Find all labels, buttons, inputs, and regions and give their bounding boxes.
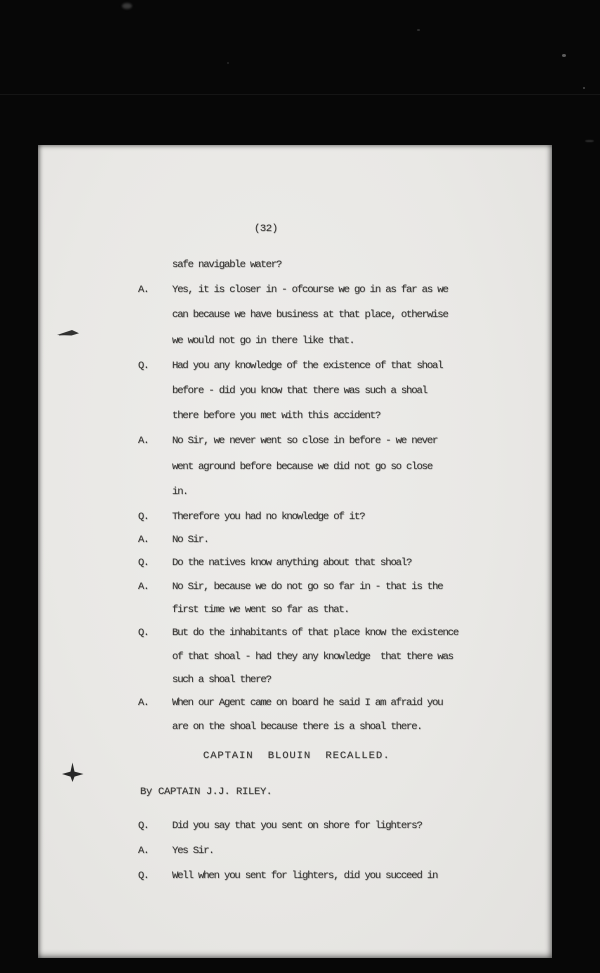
transcript-line: Q. Well when you sent for lighters, did … <box>38 870 552 895</box>
line-text: Yes, it is closer in - ofcourse we go in… <box>172 284 448 296</box>
transcript-line: A. No Sir. <box>38 534 552 557</box>
transcript-line: A. Yes Sir. <box>38 845 552 870</box>
film-seam <box>0 94 600 95</box>
line-text: there before you met with this accident? <box>172 410 380 422</box>
line-text: Yes Sir. <box>172 845 214 857</box>
speaker-label: A. <box>138 581 148 593</box>
speaker-label: Q. <box>138 870 148 882</box>
line-text: Therefore you had no knowledge of it? <box>172 511 364 523</box>
section-heading: CAPTAIN BLOUIN RECALLED. <box>203 750 390 762</box>
transcript-line: went aground before because we did not g… <box>38 461 552 486</box>
line-text: No Sir, because we do not go so far in -… <box>172 581 442 593</box>
examiner-byline: By CAPTAIN J.J. RILEY. <box>140 786 272 798</box>
transcript-line: are on the shoal because there is a shoa… <box>38 721 552 744</box>
qa-transcript-block: safe navigable water? A. Yes, it is clos… <box>38 259 552 744</box>
transcript-line: Q. Had you any knowledge of the existenc… <box>38 360 552 385</box>
line-text: No Sir, we never went so close in before… <box>172 435 437 447</box>
line-text: can because we have business at that pla… <box>172 309 448 321</box>
speaker-label: Q. <box>138 557 148 569</box>
line-text: such a shoal there? <box>172 674 271 686</box>
transcript-line: in. <box>38 486 552 511</box>
speaker-label: Q. <box>138 627 148 639</box>
speaker-label: A. <box>138 284 148 296</box>
film-speck <box>122 3 132 9</box>
speaker-label: A. <box>138 697 148 709</box>
line-text: Had you any knowledge of the existence o… <box>172 360 442 372</box>
margin-star-icon <box>62 762 86 784</box>
transcript-line: we would not go in there like that. <box>38 335 552 360</box>
transcript-line: first time we went so far as that. <box>38 604 552 627</box>
speaker-label: Q. <box>138 820 148 832</box>
film-speck <box>227 62 229 64</box>
transcript-line: there before you met with this accident? <box>38 410 552 435</box>
transcript-line: of that shoal - had they any knowledge t… <box>38 651 552 674</box>
paper-sheet: (32) safe navigable water? A. Yes, it is… <box>38 145 552 958</box>
transcript-line: A. No Sir, because we do not go so far i… <box>38 581 552 604</box>
speaker-label: A. <box>138 435 148 447</box>
speaker-label: Q. <box>138 511 148 523</box>
speaker-label: A. <box>138 845 148 857</box>
transcript-line: A. No Sir, we never went so close in bef… <box>38 435 552 460</box>
film-speck <box>583 87 585 89</box>
line-text: When our Agent came on board he said I a… <box>172 697 442 709</box>
transcript-line: A. When our Agent came on board he said … <box>38 697 552 720</box>
line-text: in. <box>172 486 188 498</box>
line-text: before - did you know that there was suc… <box>172 385 427 397</box>
line-text: Do the natives know anything about that … <box>172 557 411 569</box>
line-text: Did you say that you sent on shore for l… <box>172 820 422 832</box>
line-text: of that shoal - had they any knowledge t… <box>172 651 453 663</box>
margin-arrow-icon <box>56 326 82 340</box>
microfilm-scan: (32) safe navigable water? A. Yes, it is… <box>0 0 600 973</box>
speaker-label: A. <box>138 534 148 546</box>
line-text: are on the shoal because there is a shoa… <box>172 721 422 733</box>
speaker-label: Q. <box>138 360 148 372</box>
line-text: But do the inhabitants of that place kno… <box>172 627 458 639</box>
line-text: we would not go in there like that. <box>172 335 354 347</box>
line-text: No Sir. <box>172 534 208 546</box>
page-number: (32) <box>254 223 278 235</box>
film-speck <box>562 54 566 57</box>
line-text: first time we went so far as that. <box>172 604 349 616</box>
transcript-line: Q. Did you say that you sent on shore fo… <box>38 820 552 845</box>
film-speck <box>585 140 594 142</box>
transcript-line: Q. But do the inhabitants of that place … <box>38 627 552 650</box>
transcript-line: can because we have business at that pla… <box>38 309 552 334</box>
transcript-line: A. Yes, it is closer in - ofcourse we go… <box>38 284 552 309</box>
transcript-line: Q. Therefore you had no knowledge of it? <box>38 511 552 534</box>
line-text: Well when you sent for lighters, did you… <box>172 870 437 882</box>
qa-transcript-block: Q. Did you say that you sent on shore fo… <box>38 820 552 895</box>
transcript-line: safe navigable water? <box>38 259 552 284</box>
transcript-line: such a shoal there? <box>38 674 552 697</box>
film-speck <box>417 29 420 31</box>
line-text: safe navigable water? <box>172 259 281 271</box>
transcript-line: before - did you know that there was suc… <box>38 385 552 410</box>
line-text: went aground before because we did not g… <box>172 461 432 473</box>
transcript-line: Q. Do the natives know anything about th… <box>38 557 552 580</box>
